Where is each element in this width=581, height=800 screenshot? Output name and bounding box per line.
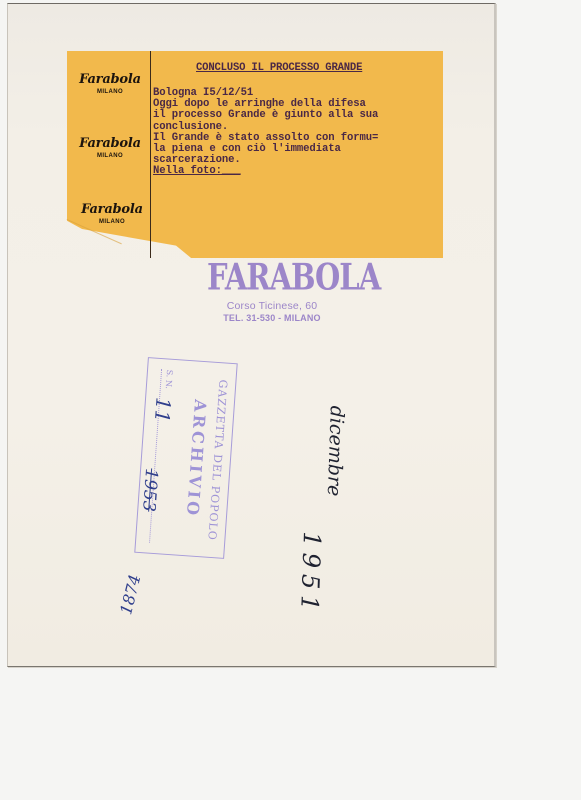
brand-city: MILANO [70, 89, 150, 95]
archive-stamp: GAZZETTA DEL POPOLO ARCHIVIO S. N. [134, 357, 237, 559]
caption-body: Bologna I5/12/51Oggi dopo le arringhe de… [153, 88, 443, 178]
brand-mark: Farabola MILANO [70, 137, 150, 159]
brand-name: Farabola [72, 203, 152, 217]
label-divider [150, 51, 151, 258]
farabola-stamp: FARABOLA Corso Ticinese, 60 TEL. 31-530 … [207, 258, 337, 323]
brand-mark: Farabola MILANO [70, 73, 150, 95]
handwritten-month: dicembre [323, 405, 348, 496]
brand-name: Farabola [70, 73, 150, 87]
brand-mark: Farabola MILANO [72, 203, 152, 225]
handwritten-year: 1951 [295, 531, 326, 617]
brand-city: MILANO [70, 153, 150, 159]
brand-name: Farabola [70, 137, 150, 151]
brand-city: MILANO [72, 219, 152, 225]
archive-stamp-fields: S. N. [149, 369, 174, 543]
farabola-stamp-phone: TEL. 31-530 - MILANO [207, 313, 337, 323]
caption-line: il processo Grande è giunto alla sua [153, 110, 443, 121]
farabola-stamp-address: Corso Ticinese, 60 [207, 300, 337, 312]
photo-caption-label: Nella foto:___ [153, 166, 443, 177]
handwritten-struck-year: 1953 [138, 468, 161, 513]
caption-headline: CONCLUSO IL PROCESSO GRANDE [196, 62, 362, 74]
farabola-stamp-name: FARABOLA [207, 258, 337, 296]
handwritten-archive-number: 11 [150, 396, 176, 423]
